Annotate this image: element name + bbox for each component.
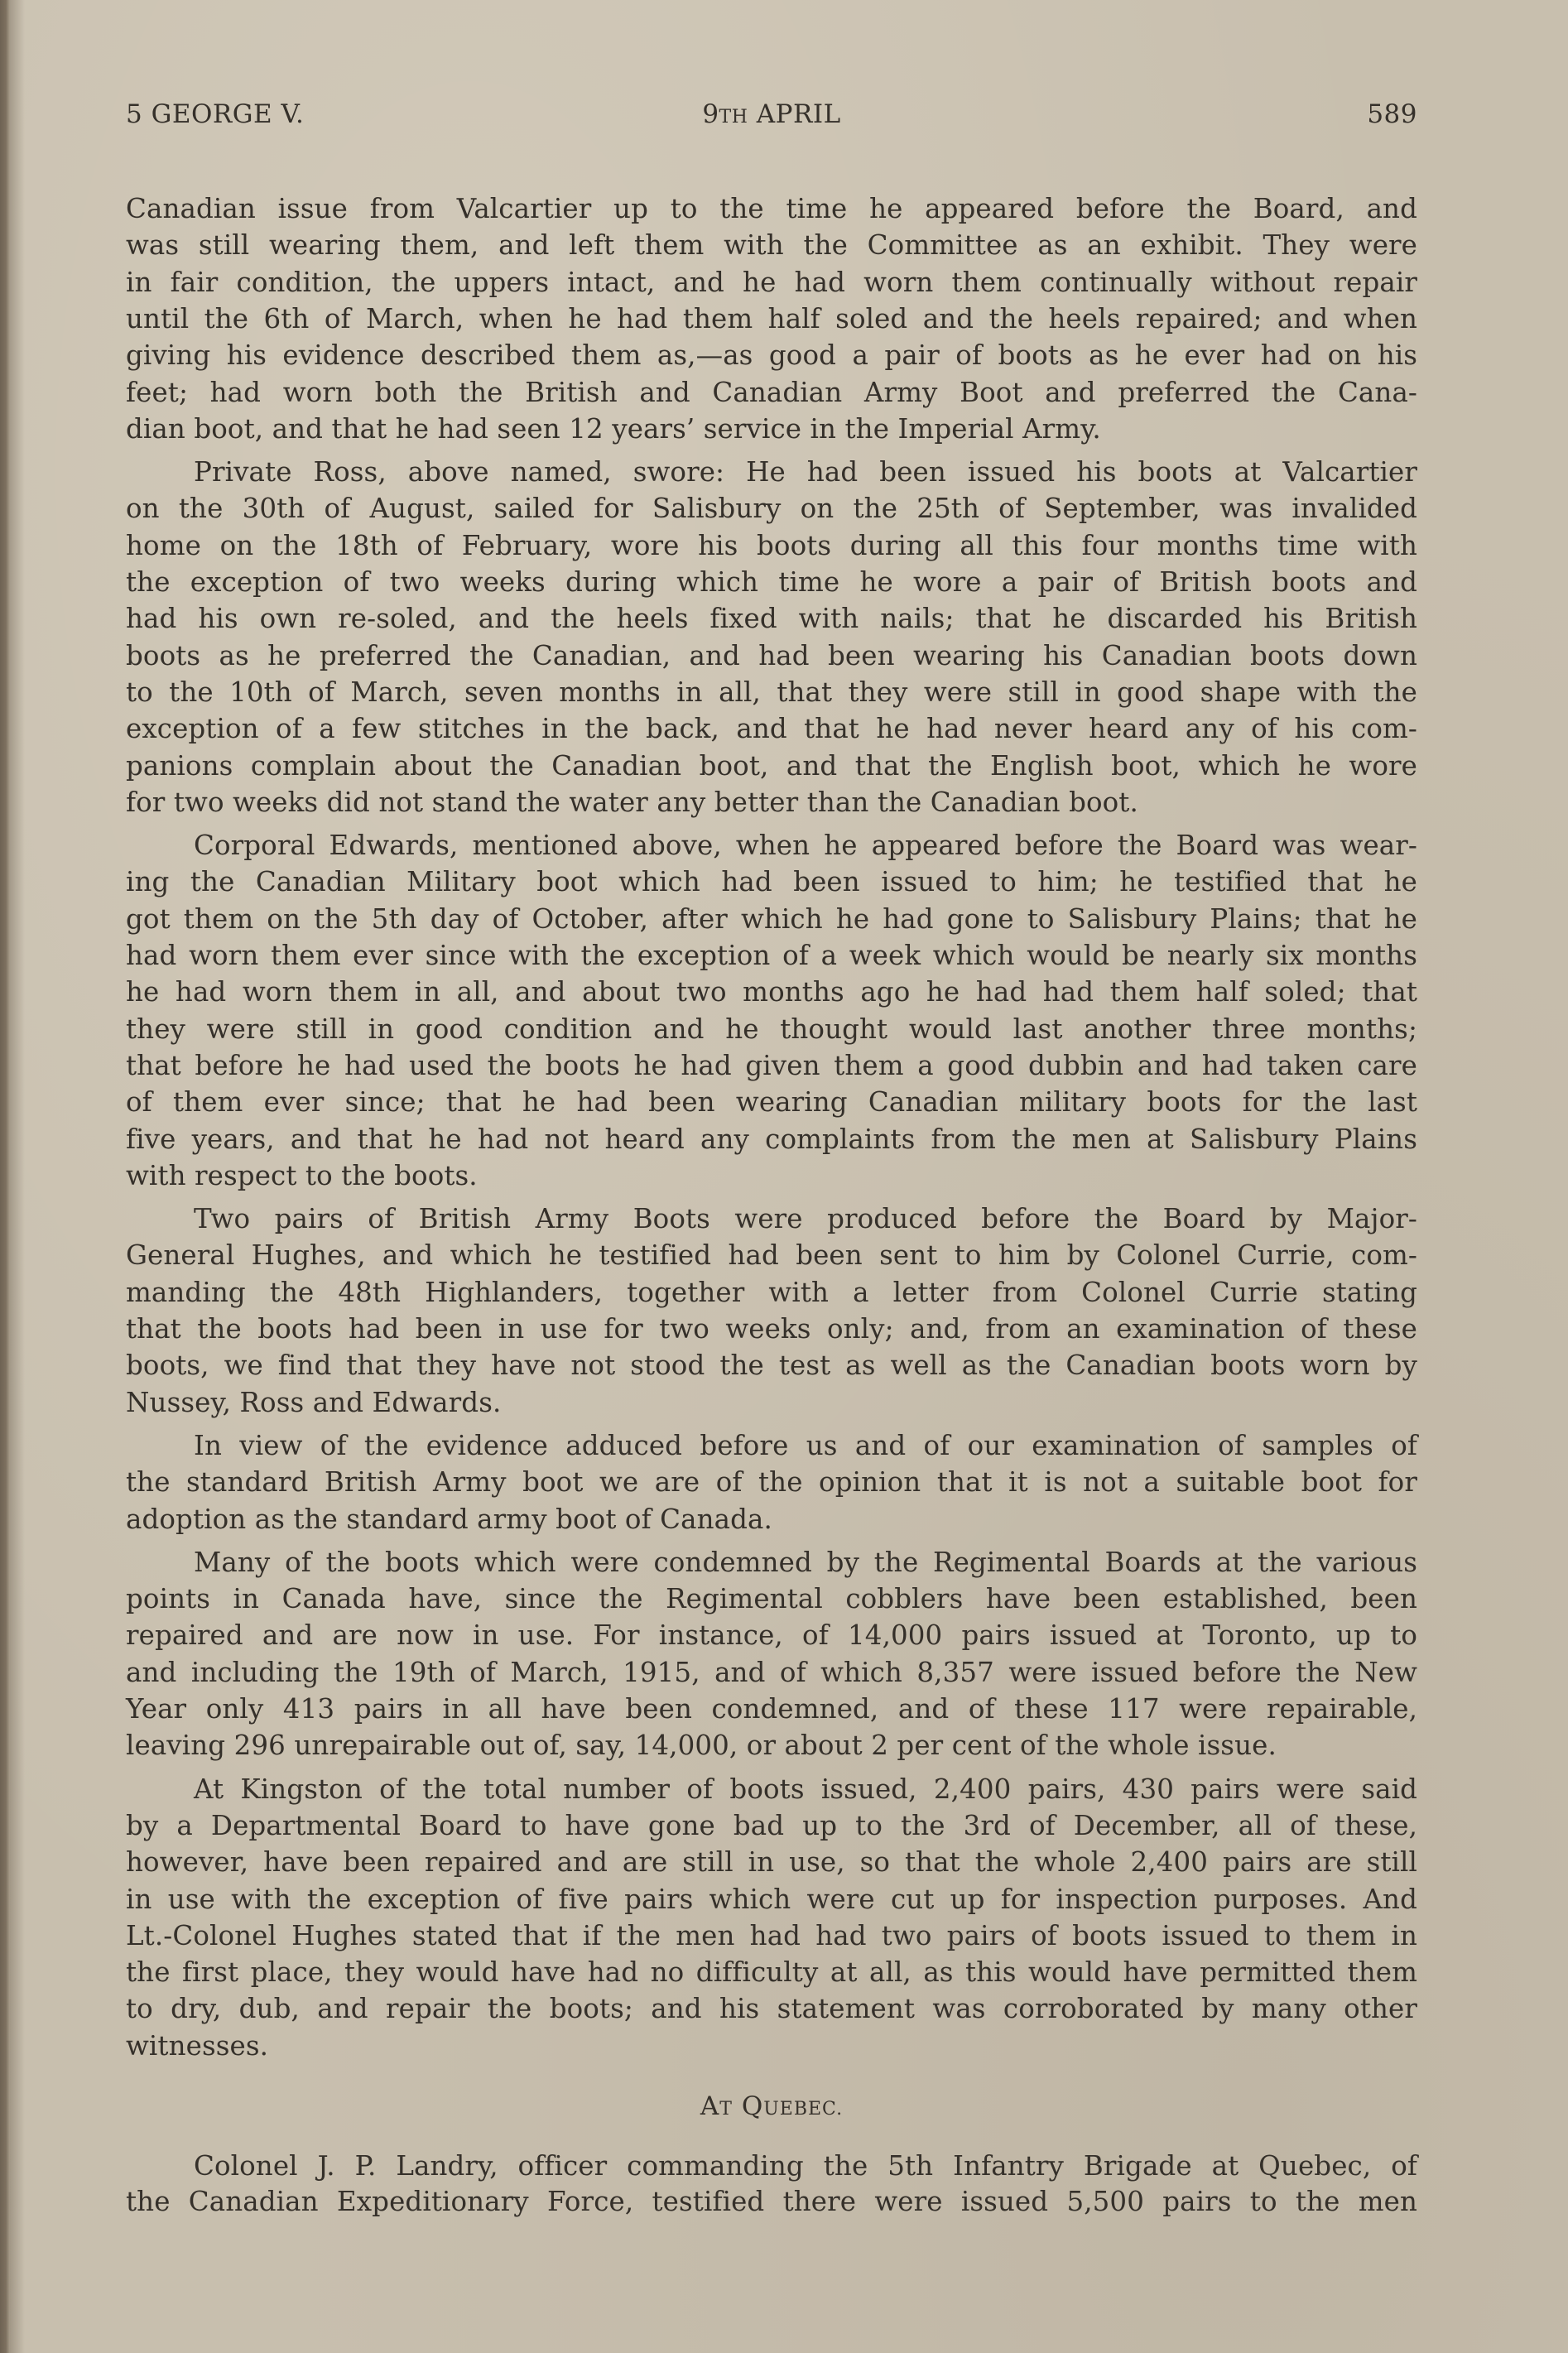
text-line: in use with the exception of five pairs … — [126, 1883, 1417, 1916]
heading-cap-q: Q — [742, 2091, 763, 2121]
text-line: dian boot, and that he had seen 12 years… — [126, 412, 1417, 445]
text-line: with respect to the boots. — [126, 1159, 1417, 1192]
text-line: and including the 19th of March, 1915, a… — [126, 1656, 1417, 1689]
text-line: five years, and that he had not heard an… — [126, 1123, 1417, 1156]
text-line: had worn them ever since with the except… — [126, 939, 1417, 972]
text-line: until the 6th of March, when he had them… — [126, 302, 1417, 335]
text-line: panions complain about the Canadian boot… — [126, 749, 1417, 782]
heading-smallcaps-uebec: UEBEC. — [763, 2099, 843, 2120]
text-line: Private Ross, above named, swore: He had… — [194, 455, 1417, 488]
text-line: in fair condition, the uppers intact, an… — [126, 266, 1417, 299]
heading-smallcaps-t: T — [719, 2099, 733, 2120]
text-line: the first place, they would have had no … — [126, 1956, 1417, 1989]
header-date-day: 9 — [702, 99, 719, 129]
text-line: Lt.-Colonel Hughes stated that if the me… — [126, 1919, 1417, 1952]
text-line: of them ever since; that he had been wea… — [126, 1085, 1417, 1119]
text-line: Corporal Edwards, mentioned above, when … — [194, 829, 1417, 862]
text-line: In view of the evidence adduced before u… — [194, 1429, 1417, 1462]
text-line: feet; had worn both the British and Cana… — [126, 376, 1417, 409]
text-line: the standard British Army boot we are of… — [126, 1465, 1417, 1499]
text-line: boots as he preferred the Canadian, and … — [126, 639, 1417, 672]
header-date-suffix: TH — [719, 107, 748, 128]
text-line: At Kingston of the total number of boots… — [194, 1773, 1417, 1806]
text-line: was still wearing them, and left them wi… — [126, 229, 1417, 262]
text-line: Year only 413 pairs in all have been con… — [126, 1692, 1417, 1725]
page-number: 589 — [1367, 99, 1417, 129]
text-line: witnesses. — [126, 2029, 1417, 2062]
text-line: points in Canada have, since the Regimen… — [126, 1582, 1417, 1615]
text-line: Two pairs of British Army Boots were pro… — [194, 1202, 1417, 1235]
scanned-page: 5 GEORGE V. 9TH APRIL 589 Canadian issue… — [0, 0, 1568, 2353]
text-line: to dry, dub, and repair the boots; and h… — [126, 1992, 1417, 2025]
text-line: adoption as the standard army boot of Ca… — [126, 1503, 1417, 1536]
running-header: 5 GEORGE V. 9TH APRIL 589 — [126, 99, 1417, 132]
section-heading-at-quebec: AT QUEBEC. — [126, 2090, 1417, 2126]
text-line: the exception of two weeks during which … — [126, 565, 1417, 599]
text-line: that the boots had been in use for two w… — [126, 1312, 1417, 1345]
text-line: home on the 18th of February, wore his b… — [126, 529, 1417, 562]
text-line: had his own re-soled, and the heels fixe… — [126, 602, 1417, 635]
header-date-month: APRIL — [757, 99, 841, 129]
text-line: manding the 48th Highlanders, together w… — [126, 1276, 1417, 1309]
text-line: giving his evidence described them as,—a… — [126, 339, 1417, 372]
text-line: on the 30th of August, sailed for Salisb… — [126, 492, 1417, 525]
text-line: they were still in good condition and he… — [126, 1013, 1417, 1046]
text-line: by a Departmental Board to have gone bad… — [126, 1809, 1417, 1842]
text-line: exception of a few stitches in the back,… — [126, 712, 1417, 745]
header-date: 9TH APRIL — [126, 99, 1417, 129]
text-line: however, have been repaired and are stil… — [126, 1845, 1417, 1879]
text-line: repaired and are now in use. For instanc… — [126, 1619, 1417, 1652]
book-binding-edge — [0, 0, 10, 2353]
text-line: that before he had used the boots he had… — [126, 1049, 1417, 1082]
text-line: leaving 296 unrepairable out of, say, 14… — [126, 1729, 1417, 1762]
text-line: Colonel J. P. Landry, officer commanding… — [194, 2149, 1417, 2182]
heading-cap-a: A — [700, 2091, 719, 2121]
text-line: General Hughes, and which he testified h… — [126, 1239, 1417, 1272]
text-line: got them on the 5th day of October, afte… — [126, 902, 1417, 936]
text-line: Nussey, Ross and Edwards. — [126, 1386, 1417, 1419]
text-line: to the 10th of March, seven months in al… — [126, 676, 1417, 709]
text-line: Canadian issue from Valcartier up to the… — [126, 192, 1417, 225]
text-line: ing the Canadian Military boot which had… — [126, 865, 1417, 898]
text-line: boots, we find that they have not stood … — [126, 1349, 1417, 1382]
text-line: Many of the boots which were condemned b… — [194, 1546, 1417, 1579]
text-line: for two weeks did not stand the water an… — [126, 786, 1417, 819]
text-line: the Canadian Expeditionary Force, testif… — [126, 2185, 1417, 2218]
binding-shadow — [10, 0, 25, 2353]
text-line: he had worn them in all, and about two m… — [126, 975, 1417, 1008]
